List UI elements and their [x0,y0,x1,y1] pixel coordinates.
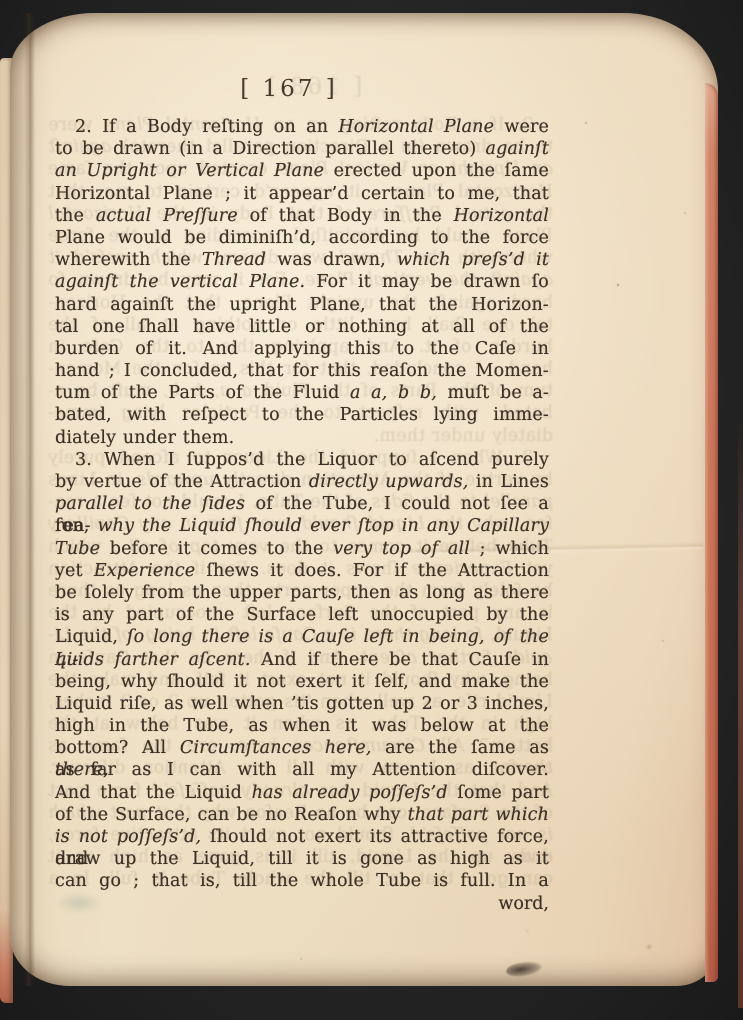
text-segment: being, why ſhould it not exert it ſelf, … [55,672,549,692]
text-segment: And if there be that Cauſe in [251,650,549,670]
text-line: ſon, why the Liquid ſhould ever ſtop in … [55,515,549,537]
text-line: as far as I can with all my Attention di… [55,759,549,781]
text-line: 3. When I ſuppos’d the Liquor to aſcend … [55,449,549,471]
red-fore-edge [705,83,718,982]
text-line: tal one ſhall have little or nothing at … [55,316,549,338]
text-line: wherewith the Thread was drawn, which pr… [55,249,549,271]
text-line: Liquid riſe, as well when ’tis gotten up… [55,693,549,715]
text-segment: 3. When I ſuppos’d the Liquor to aſcend … [75,450,549,470]
text-segment: Plane would be diminiſh’d, according to … [55,228,549,248]
text-segment: ſon, [55,516,98,536]
italic-segment: Horizontal [454,206,549,226]
italic-segment: which preſs’d it [397,250,549,270]
italic-segment: a a, b b, [350,383,437,403]
text-segment: tum of the Parts of the Fluid [55,383,350,403]
text-segment: be ſolely from the upper parts, then as … [55,583,549,603]
text-line: being, why ſhould it not exert it ſelf, … [55,671,549,693]
text-line: can go ; that is, till the whole Tube is… [55,870,549,892]
text-segment: hard againſt the upright Plane, that the… [55,295,549,315]
italic-segment: an Upright or Vertical Plane [55,161,324,181]
text-line: Horizontal Plane ; it appear’d certain t… [55,183,549,205]
text-line: bated, with reſpect to the Particles lyi… [55,404,549,426]
italic-segment: Tube [55,539,100,559]
italic-segment: againſt [486,139,550,159]
text-line: burden of it. And applying this to the C… [55,338,549,360]
text-segment: to be drawn (in a Direction parallel the… [55,139,486,159]
text-segment: were [494,117,549,137]
text-segment: burden of it. And applying this to the C… [55,339,549,359]
text-line: 2. If a Body reſting on an Horizontal Pl… [55,116,549,138]
right-page-stack-edge [738,420,743,1008]
text-segment: can go ; that is, till the whole Tube is… [55,871,549,891]
text-line: againſt the vertical Plane. For it may b… [55,271,549,293]
text-segment: draw up the Liquid, till it is gone as h… [55,849,549,869]
italic-segment: why the Liquid ſhould ever ſtop in any C… [98,516,549,536]
text-segment: ſhews it does. For if the Attraction [195,561,549,581]
italic-segment: parallel to the ſides [55,494,245,514]
text-segment: For it may be drawn ſo [305,272,549,292]
photo-background: [ 168 ] 2. If a Body reſting on an Horiz… [0,0,743,1020]
text-segment: bottom? All [55,738,180,758]
text-segment: ; which [470,539,549,559]
text-segment: in Lines [468,472,549,492]
text-line: tum of the Parts of the Fluid a a, b b, … [55,382,549,404]
italic-segment: quids farther aſcent. [55,650,251,670]
italic-segment: is not poſſeſs’d, [55,827,201,847]
text-line: hand ; I concluded, that for this reaſon… [55,360,549,382]
text-line: Liquid, ſo long there is a Cauſe left in… [55,626,549,648]
text-segment: the [55,206,96,226]
text-segment: diately under them. [55,428,234,448]
text-segment: are the ſame as [372,738,549,758]
text-segment: hand ; I concluded, that for this reaſon… [55,361,549,381]
text-line: of the Surface, can be no Reaſon why tha… [55,804,549,826]
text-line: draw up the Liquid, till it is gone as h… [55,848,549,870]
text-segment: erected upon the ſame [324,161,549,181]
page-number-header: [ 167 ] [55,76,549,116]
text-segment: tal one ſhall have little or nothing at … [55,317,549,337]
paper-specks [0,0,2,2]
italic-segment: Horizontal Plane [338,117,494,137]
text-line: And that the Liquid has already poſſeſs’… [55,782,549,804]
text-line: the actual Preſſure of that Body in the … [55,205,549,227]
text-line: be ſolely from the upper parts, then as … [55,582,549,604]
text-line: yet Experience ſhews it does. For if the… [55,560,549,582]
italic-segment: has already poſſeſs’d [252,783,448,803]
text-segment: is any part of the Surface left unoccupi… [55,605,549,625]
text-line: an Upright or Vertical Plane erected upo… [55,160,549,182]
text-segment: muſt be a- [437,383,549,403]
text-segment: was drawn, [266,250,397,270]
text-segment: of that Body in the [238,206,454,226]
text-line: to be drawn (in a Direction parallel the… [55,138,549,160]
text-segment: bated, with reſpect to the Particles lyi… [55,405,549,425]
text-line: is any part of the Surface left unoccupi… [55,604,549,626]
italic-segment: directly upwards, [309,472,469,492]
text-segment: Horizontal Plane ; it appear’d certain t… [55,184,549,204]
italic-segment: that part which [408,805,549,825]
text-line: high in the Tube, as when it was below a… [55,715,549,737]
text-segment: wherewith the [55,250,202,270]
text-line: bottom? All Circumſtances here, are the … [55,737,549,759]
italic-segment: againſt the vertical Plane. [55,272,305,292]
italic-segment: actual Preſſure [96,206,238,226]
text-segment: Liquid, [55,627,127,647]
text-line: Tube before it comes to the very top of … [55,538,549,560]
text-segment: of the Surface, can be no Reaſon why [55,805,408,825]
text-segment: 2. If a Body reſting on an [75,117,338,137]
paragraph: 3. When I ſuppos’d the Liquor to aſcend … [55,449,549,893]
text-line: is not poſſeſs’d, ſhould not exert its a… [55,826,549,848]
text-line: by vertue of the Attraction directly upw… [55,471,549,493]
text-segment: by vertue of the Attraction [55,472,309,492]
text-segment: yet [55,561,94,581]
catchword: word, [55,893,549,915]
gutter-crease [24,13,35,986]
text-segment: ſome part [448,783,549,803]
text-line: quids farther aſcent. And if there be th… [55,649,549,671]
italic-segment: very top of all [333,539,470,559]
text-segment: Liquid riſe, as well when ’tis gotten up… [55,694,549,714]
paragraph: 2. If a Body reſting on an Horizontal Pl… [55,116,549,449]
text-segment: high in the Tube, as when it was below a… [55,716,549,736]
text-block: [ 167 ] 2. If a Body reſting on an Horiz… [55,76,549,915]
italic-segment: Circumſtances here, [180,738,372,758]
text-line: Plane would be diminiſh’d, according to … [55,227,549,249]
text-line: diately under them. [55,427,549,449]
text-line: parallel to the ſides of the Tube, I cou… [55,493,549,515]
text-segment: as far as I can with all my Attention di… [55,760,549,780]
paragraphs: 2. If a Body reſting on an Horizontal Pl… [55,116,549,893]
italic-segment: Thread [202,250,266,270]
text-line: hard againſt the upright Plane, that the… [55,294,549,316]
text-segment: before it comes to the [100,539,333,559]
text-segment: And that the Liquid [55,783,252,803]
italic-segment: Experience [94,561,195,581]
